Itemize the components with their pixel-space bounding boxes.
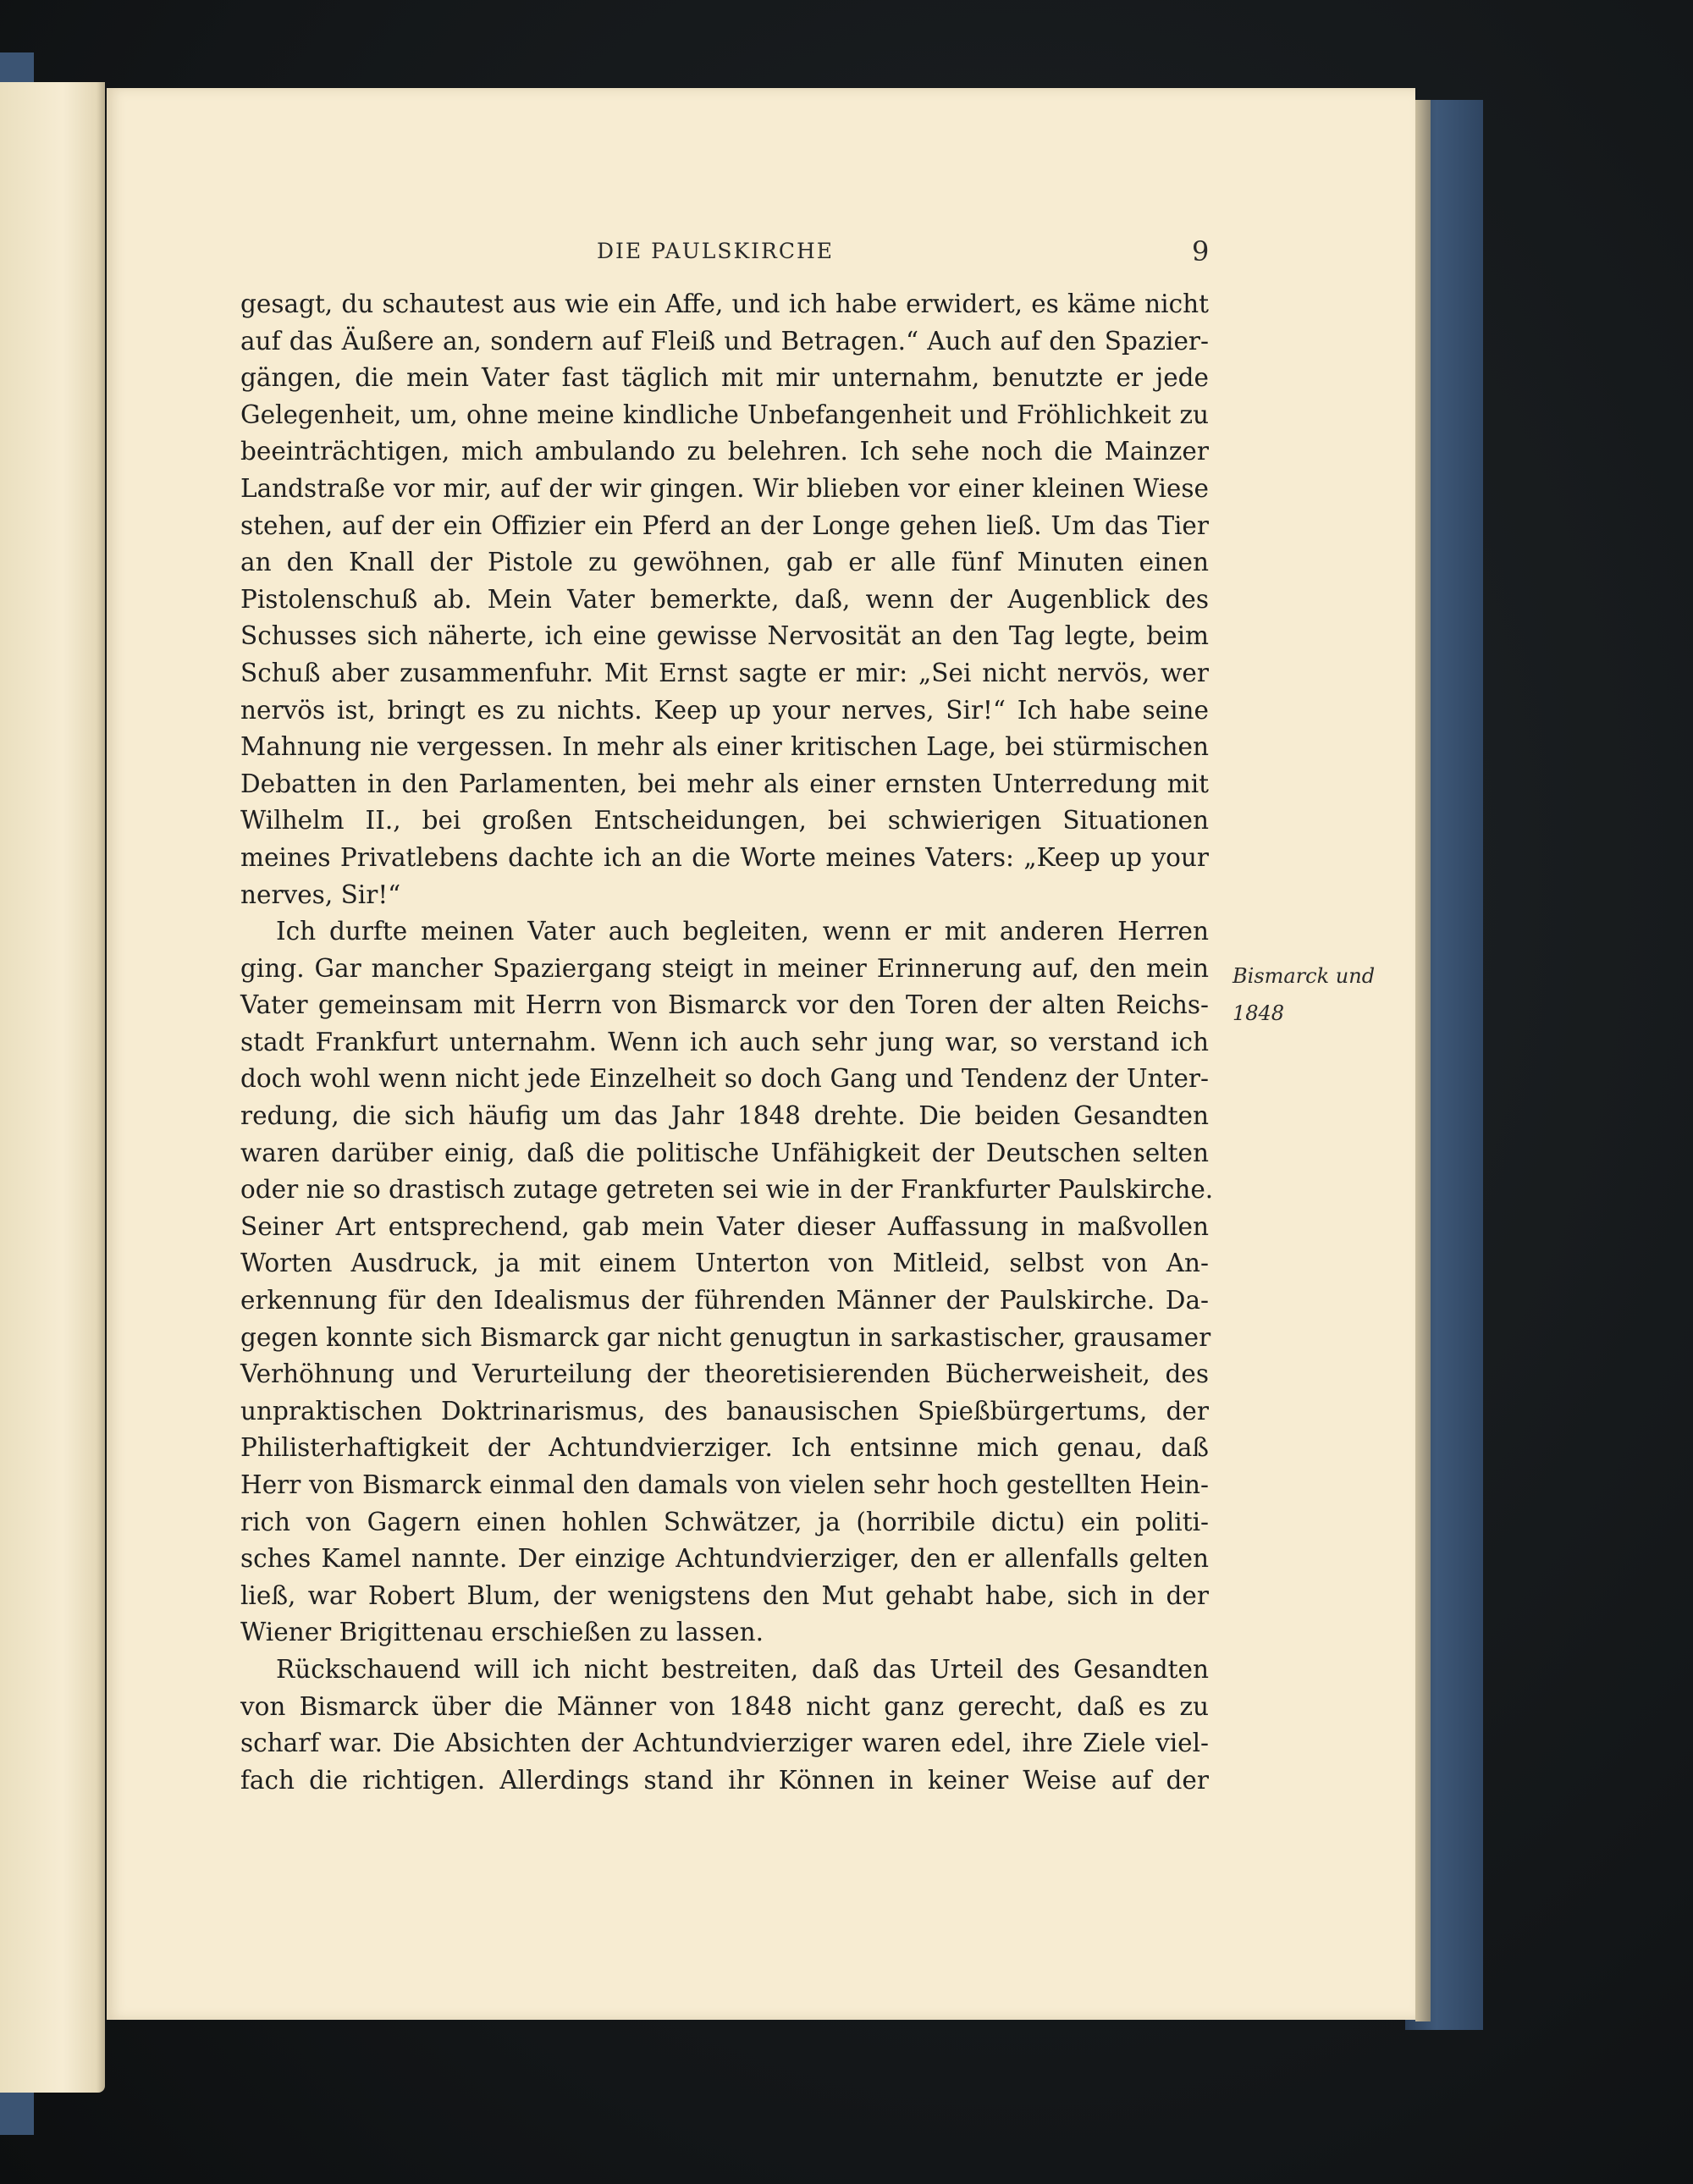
margin-note-line: Bismarck und bbox=[1233, 958, 1393, 995]
text-line: waren darüber einig, daß die politische … bbox=[240, 1135, 1209, 1172]
text-line: redung, die sich häufig um das Jahr 1848… bbox=[240, 1098, 1209, 1135]
text-line: gängen, die mein Vater fast täglich mit … bbox=[240, 360, 1209, 397]
paragraph-1: gesagt, du schautest aus wie ein Affe, u… bbox=[240, 286, 1209, 913]
text-line: fach die richtigen. Allerdings stand ihr… bbox=[240, 1762, 1209, 1800]
text-line: erkennung für den Idealismus der führend… bbox=[240, 1282, 1209, 1320]
text-line: Seiner Art entsprechend, gab mein Vater … bbox=[240, 1209, 1209, 1246]
running-head-title: DIE PAULSKIRCHE bbox=[597, 239, 834, 263]
left-page-edge bbox=[0, 82, 105, 2093]
text-line: beeinträchtigen, mich ambulando zu beleh… bbox=[240, 433, 1209, 471]
text-line: gegen konnte sich Bismarck gar nicht gen… bbox=[240, 1320, 1209, 1357]
text-line: nerves, Sir!“ bbox=[240, 877, 1209, 914]
text-line: Herr von Bismarck einmal den damals von … bbox=[240, 1467, 1209, 1504]
text-line: Debatten in den Parlamenten, bei mehr al… bbox=[240, 766, 1209, 803]
text-line: stehen, auf der ein Offizier ein Pferd a… bbox=[240, 508, 1209, 545]
text-line: Schusses sich näherte, ich eine gewisse … bbox=[240, 618, 1209, 655]
text-line: auf das Äußere an, sondern auf Fleiß und… bbox=[240, 323, 1209, 361]
text-line: von Bismarck über die Männer von 1848 ni… bbox=[240, 1689, 1209, 1726]
text-line: Vater gemeinsam mit Herrn von Bismarck v… bbox=[240, 987, 1209, 1024]
text-line: ging. Gar mancher Spaziergang steigt in … bbox=[240, 951, 1209, 988]
text-line: Philisterhaftigkeit der Achtundvierziger… bbox=[240, 1430, 1209, 1467]
text-line: Worten Ausdruck, ja mit einem Unterton v… bbox=[240, 1245, 1209, 1282]
text-line: gesagt, du schautest aus wie ein Affe, u… bbox=[240, 286, 1209, 323]
text-line: Wilhelm II., bei großen Entscheidungen, … bbox=[240, 802, 1209, 840]
paragraph-3: Rückschauend will ich nicht bestreiten, … bbox=[240, 1652, 1209, 1799]
text-line: Rückschauend will ich nicht bestreiten, … bbox=[240, 1652, 1209, 1689]
text-line: Schuß aber zusammenfuhr. Mit Ernst sagte… bbox=[240, 655, 1209, 692]
page-block-edge bbox=[1415, 100, 1431, 2021]
text-line: nervös ist, bringt es zu nichts. Keep up… bbox=[240, 692, 1209, 730]
text-line: Ich durfte meinen Vater auch begleiten, … bbox=[240, 913, 1209, 951]
margin-note-line: 1848 bbox=[1233, 995, 1393, 1033]
text-line: stadt Frankfurt unternahm. Wenn ich auch… bbox=[240, 1024, 1209, 1062]
paragraph-2: Ich durfte meinen Vater auch begleiten, … bbox=[240, 913, 1209, 1652]
text-line: oder nie so drastisch zutage getreten se… bbox=[240, 1172, 1209, 1209]
text-line: rich von Gagern einen hohlen Schwätzer, … bbox=[240, 1504, 1209, 1541]
text-line: Mahnung nie vergessen. In mehr als einer… bbox=[240, 729, 1209, 766]
text-line: doch wohl wenn nicht jede Einzelheit so … bbox=[240, 1061, 1209, 1098]
body-text: gesagt, du schautest aus wie ein Affe, u… bbox=[240, 286, 1209, 1799]
running-head: DIE PAULSKIRCHE 9 bbox=[0, 239, 1693, 273]
margin-note: Bismarck und 1848 bbox=[1233, 958, 1393, 1032]
text-line: an den Knall der Pistole zu gewöhnen, ga… bbox=[240, 544, 1209, 582]
text-line: ließ, war Robert Blum, der wenigstens de… bbox=[240, 1578, 1209, 1615]
text-line: Wiener Brigittenau erschießen zu lassen. bbox=[240, 1614, 1209, 1652]
text-line: Verhöhnung und Verurteilung der theoreti… bbox=[240, 1356, 1209, 1393]
text-line: unpraktischen Doktrinarismus, des banaus… bbox=[240, 1393, 1209, 1431]
text-line: sches Kamel nannte. Der einzige Achtundv… bbox=[240, 1541, 1209, 1578]
text-line: Pistolenschuß ab. Mein Vater bemerkte, d… bbox=[240, 582, 1209, 619]
text-line: Gelegenheit, um, ohne meine kindliche Un… bbox=[240, 397, 1209, 434]
text-line: Landstraße vor mir, auf der wir gingen. … bbox=[240, 471, 1209, 508]
page-number: 9 bbox=[1192, 235, 1209, 267]
text-line: meines Privatlebens dachte ich an die Wo… bbox=[240, 840, 1209, 877]
text-line: scharf war. Die Absichten der Achtundvie… bbox=[240, 1725, 1209, 1762]
